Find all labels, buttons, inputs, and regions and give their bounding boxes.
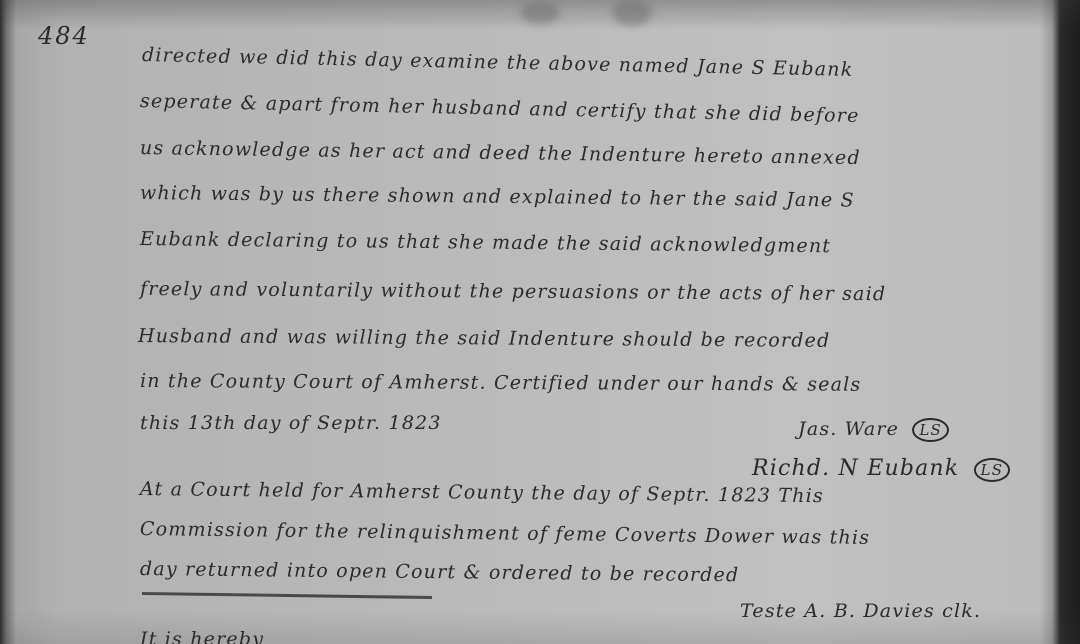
signature-eubank: Richd. N Eubank LS — [752, 456, 1010, 482]
seal-icon: LS — [912, 418, 949, 442]
court-entry-line: day returned into open Court & ordered t… — [140, 558, 740, 586]
attestation: Teste A. B. Davies clk. — [740, 600, 981, 622]
signature-ware: Jas. Ware LS — [798, 418, 949, 442]
document-line: seperate & apart from her husband and ce… — [140, 90, 860, 127]
page-number: 484 — [38, 22, 90, 50]
partial-next-line: It is hereby — [140, 628, 264, 644]
signature-name: Jas. Ware — [798, 418, 899, 440]
ink-stain — [520, 2, 560, 24]
document-line: Husband and was willing the said Indentu… — [138, 325, 831, 352]
scanned-document-page: 484 directed we did this day examine the… — [0, 0, 1080, 644]
document-line-date: this 13th day of Septr. 1823 — [140, 412, 442, 434]
document-line: in the County Court of Amherst. Certifie… — [140, 370, 862, 396]
signature-name: Richd. N Eubank — [752, 456, 959, 481]
document-line: us acknowledge as her act and deed the I… — [140, 137, 861, 169]
divider-rule — [142, 592, 432, 599]
document-line: freely and voluntarily without the persu… — [140, 278, 886, 305]
document-line: which was by us there shown and explaine… — [140, 182, 855, 211]
court-entry-line: Commission for the relinquishment of fem… — [140, 518, 870, 549]
court-entry-line: At a Court held for Amherst County the d… — [140, 478, 824, 507]
seal-icon: LS — [974, 458, 1011, 482]
document-line: Eubank declaring to us that she made the… — [140, 228, 831, 257]
document-line: directed we did this day examine the abo… — [142, 44, 854, 81]
ink-stain — [612, 0, 652, 26]
